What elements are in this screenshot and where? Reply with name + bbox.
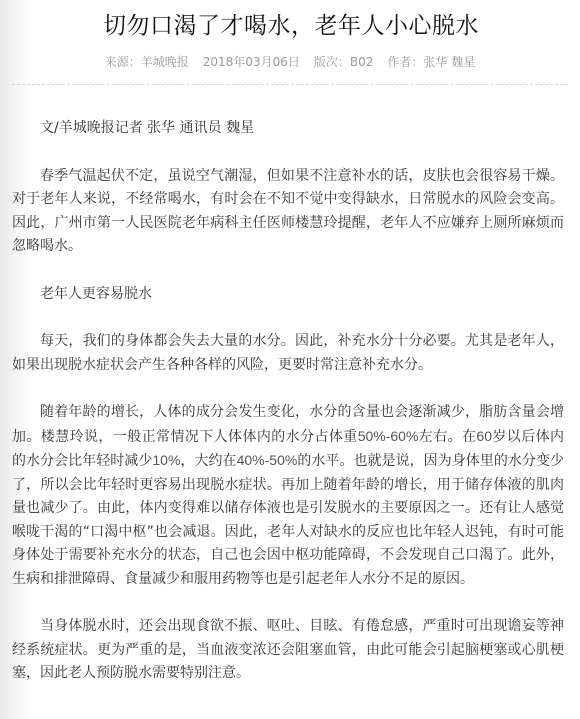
header-divider — [12, 84, 568, 85]
text-segment: 左右。在 — [418, 429, 476, 445]
paragraph-aging: 随着年龄的增长，人体的成分会发生变化，水分的含量也会逐渐减少，脂肪含量会增加。楼… — [12, 401, 564, 591]
text-segment: ，大约在 — [180, 453, 236, 469]
meta-date: 2018年03月06日 — [203, 55, 300, 69]
article-body: 文/羊城晚报记者 张华 通讯员 魏星 春季气温起伏不定，虽说空气潮湿，但如果不注… — [12, 117, 564, 710]
byline: 文/羊城晚报记者 张华 通讯员 魏星 — [12, 117, 564, 141]
paragraph-symptoms: 当身体脱水时，还会出现食欲不振、呕吐、目眩、有倦怠感，严重时可出现谵妄等神经系统… — [12, 615, 564, 686]
percentage-value: 40%-50% — [237, 452, 298, 468]
article-title: 切勿口渴了才喝水，老年人小心脱水 — [0, 11, 580, 41]
percentage-value: 10% — [152, 452, 180, 468]
paragraph-intro: 春季气温起伏不定，虽说空气潮湿，但如果不注意补水的话，皮肤也会很容易干燥。对于老… — [12, 165, 564, 259]
article-meta: 来源：羊城晚报2018年03月06日版次：B02作者：张华 魏星 — [0, 53, 580, 71]
percentage-value: 50%-60% — [358, 428, 419, 444]
meta-edition: 版次：B02 — [314, 55, 374, 69]
section-heading: 老年人更容易脱水 — [12, 283, 564, 307]
meta-author-label: 作者： — [387, 55, 423, 69]
paragraph-daily-water: 每天，我们的身体都会失去大量的水分。因此，补充水分十分必要。尤其是老年人，如果出… — [12, 330, 564, 377]
age-value: 60 — [476, 428, 492, 444]
meta-authors: 张华 魏星 — [423, 55, 475, 69]
meta-source: 来源：羊城晚报 — [105, 55, 189, 69]
text-segment: 的水平。也就是说，因为身体里的水分变少了，所以会比年轻时更容易出现脱水症状。再加… — [12, 453, 564, 587]
